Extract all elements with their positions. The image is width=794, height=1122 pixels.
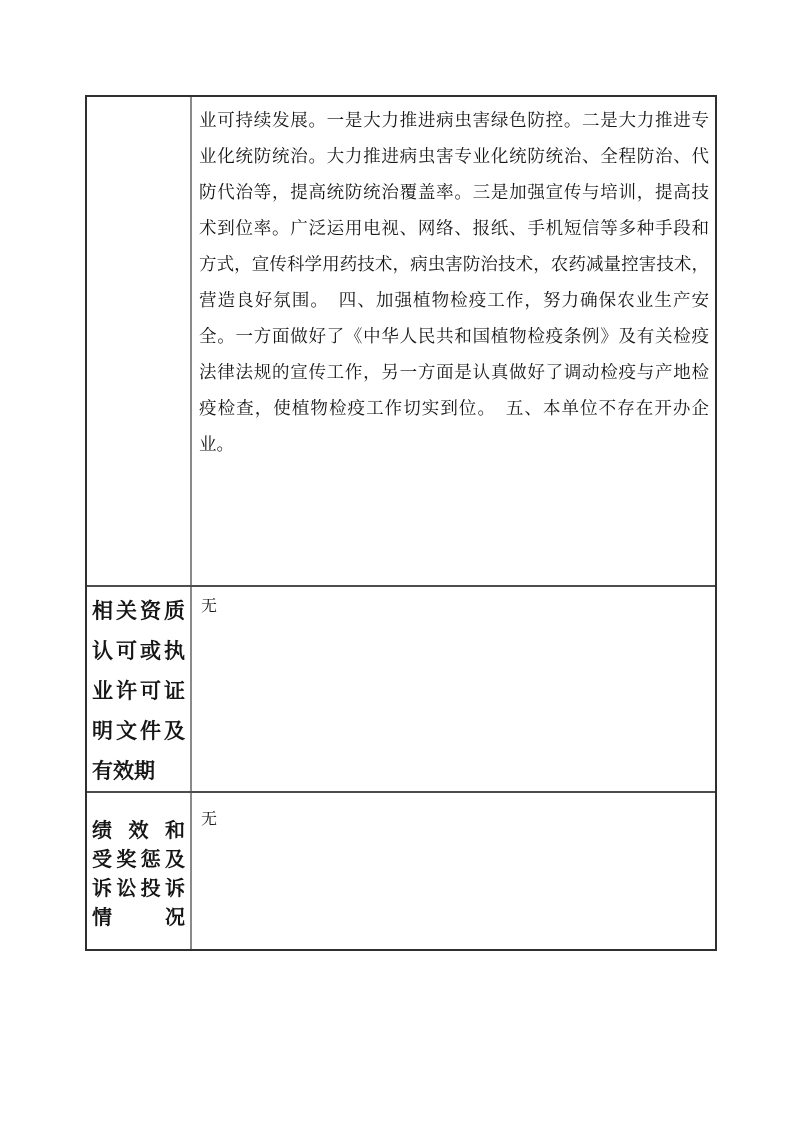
none-value: 无 bbox=[201, 811, 217, 828]
table-row-credentials: 相关资质 认可或执 业许可证 明文件及 有效期 无 bbox=[87, 585, 715, 791]
header-line: 诉讼投诉 bbox=[92, 875, 185, 904]
body-text-line: 营造良好氛围。 四、加强植物检疫工作，努力确保农业生产安 bbox=[199, 282, 709, 318]
row-header-cell-empty bbox=[87, 97, 192, 585]
header-line: 有效期 bbox=[92, 751, 185, 791]
table-row-performance: 绩 效 和 受奖惩及 诉讼投诉 情 况 无 bbox=[87, 791, 715, 949]
row-content-cell-credentials: 无 bbox=[192, 587, 715, 791]
body-text-line: 业化统防统治。大力推进病虫害专业化统防统治、全程防治、代 bbox=[199, 138, 709, 174]
body-text-line: 全。一方面做好了《中华人民共和国植物检疫条例》及有关检疫 bbox=[199, 318, 709, 354]
document-page: 业可持续发展。一是大力推进病虫害绿色防控。二是大力推进专 业化统防统治。大力推进… bbox=[0, 0, 794, 1122]
header-line: 相关资质 bbox=[92, 591, 185, 631]
header-line: 受奖惩及 bbox=[92, 846, 185, 875]
body-text-line: 术到位率。广泛运用电视、网络、报纸、手机短信等多种手段和 bbox=[199, 210, 709, 246]
row-content-cell: 业可持续发展。一是大力推进病虫害绿色防控。二是大力推进专 业化统防统治。大力推进… bbox=[192, 97, 715, 585]
report-table: 业可持续发展。一是大力推进病虫害绿色防控。二是大力推进专 业化统防统治。大力推进… bbox=[85, 95, 717, 951]
body-text-line: 业可持续发展。一是大力推进病虫害绿色防控。二是大力推进专 bbox=[199, 102, 709, 138]
body-text-line: 方式，宣传科学用药技术，病虫害防治技术，农药减量控害技术， bbox=[199, 246, 709, 282]
row-header-cell-performance: 绩 效 和 受奖惩及 诉讼投诉 情 况 bbox=[87, 793, 192, 949]
header-line: 绩 效 和 bbox=[92, 817, 185, 846]
none-value: 无 bbox=[201, 598, 217, 615]
body-text-line: 业。 bbox=[199, 426, 709, 462]
header-line: 认可或执 bbox=[92, 631, 185, 671]
header-line: 明文件及 bbox=[92, 711, 185, 751]
table-row-continuation: 业可持续发展。一是大力推进病虫害绿色防控。二是大力推进专 业化统防统治。大力推进… bbox=[87, 97, 715, 585]
row-header-cell-credentials: 相关资质 认可或执 业许可证 明文件及 有效期 bbox=[87, 587, 192, 791]
body-text-line: 疫检查，使植物检疫工作切实到位。 五、本单位不存在开办企 bbox=[199, 390, 709, 426]
body-text-line: 法律法规的宣传工作，另一方面是认真做好了调动检疫与产地检 bbox=[199, 354, 709, 390]
row-content-cell-performance: 无 bbox=[192, 793, 715, 949]
header-line: 业许可证 bbox=[92, 671, 185, 711]
header-line: 情 况 bbox=[92, 904, 185, 933]
body-text-line: 防代治等，提高统防统治覆盖率。三是加强宣传与培训，提高技 bbox=[199, 174, 709, 210]
